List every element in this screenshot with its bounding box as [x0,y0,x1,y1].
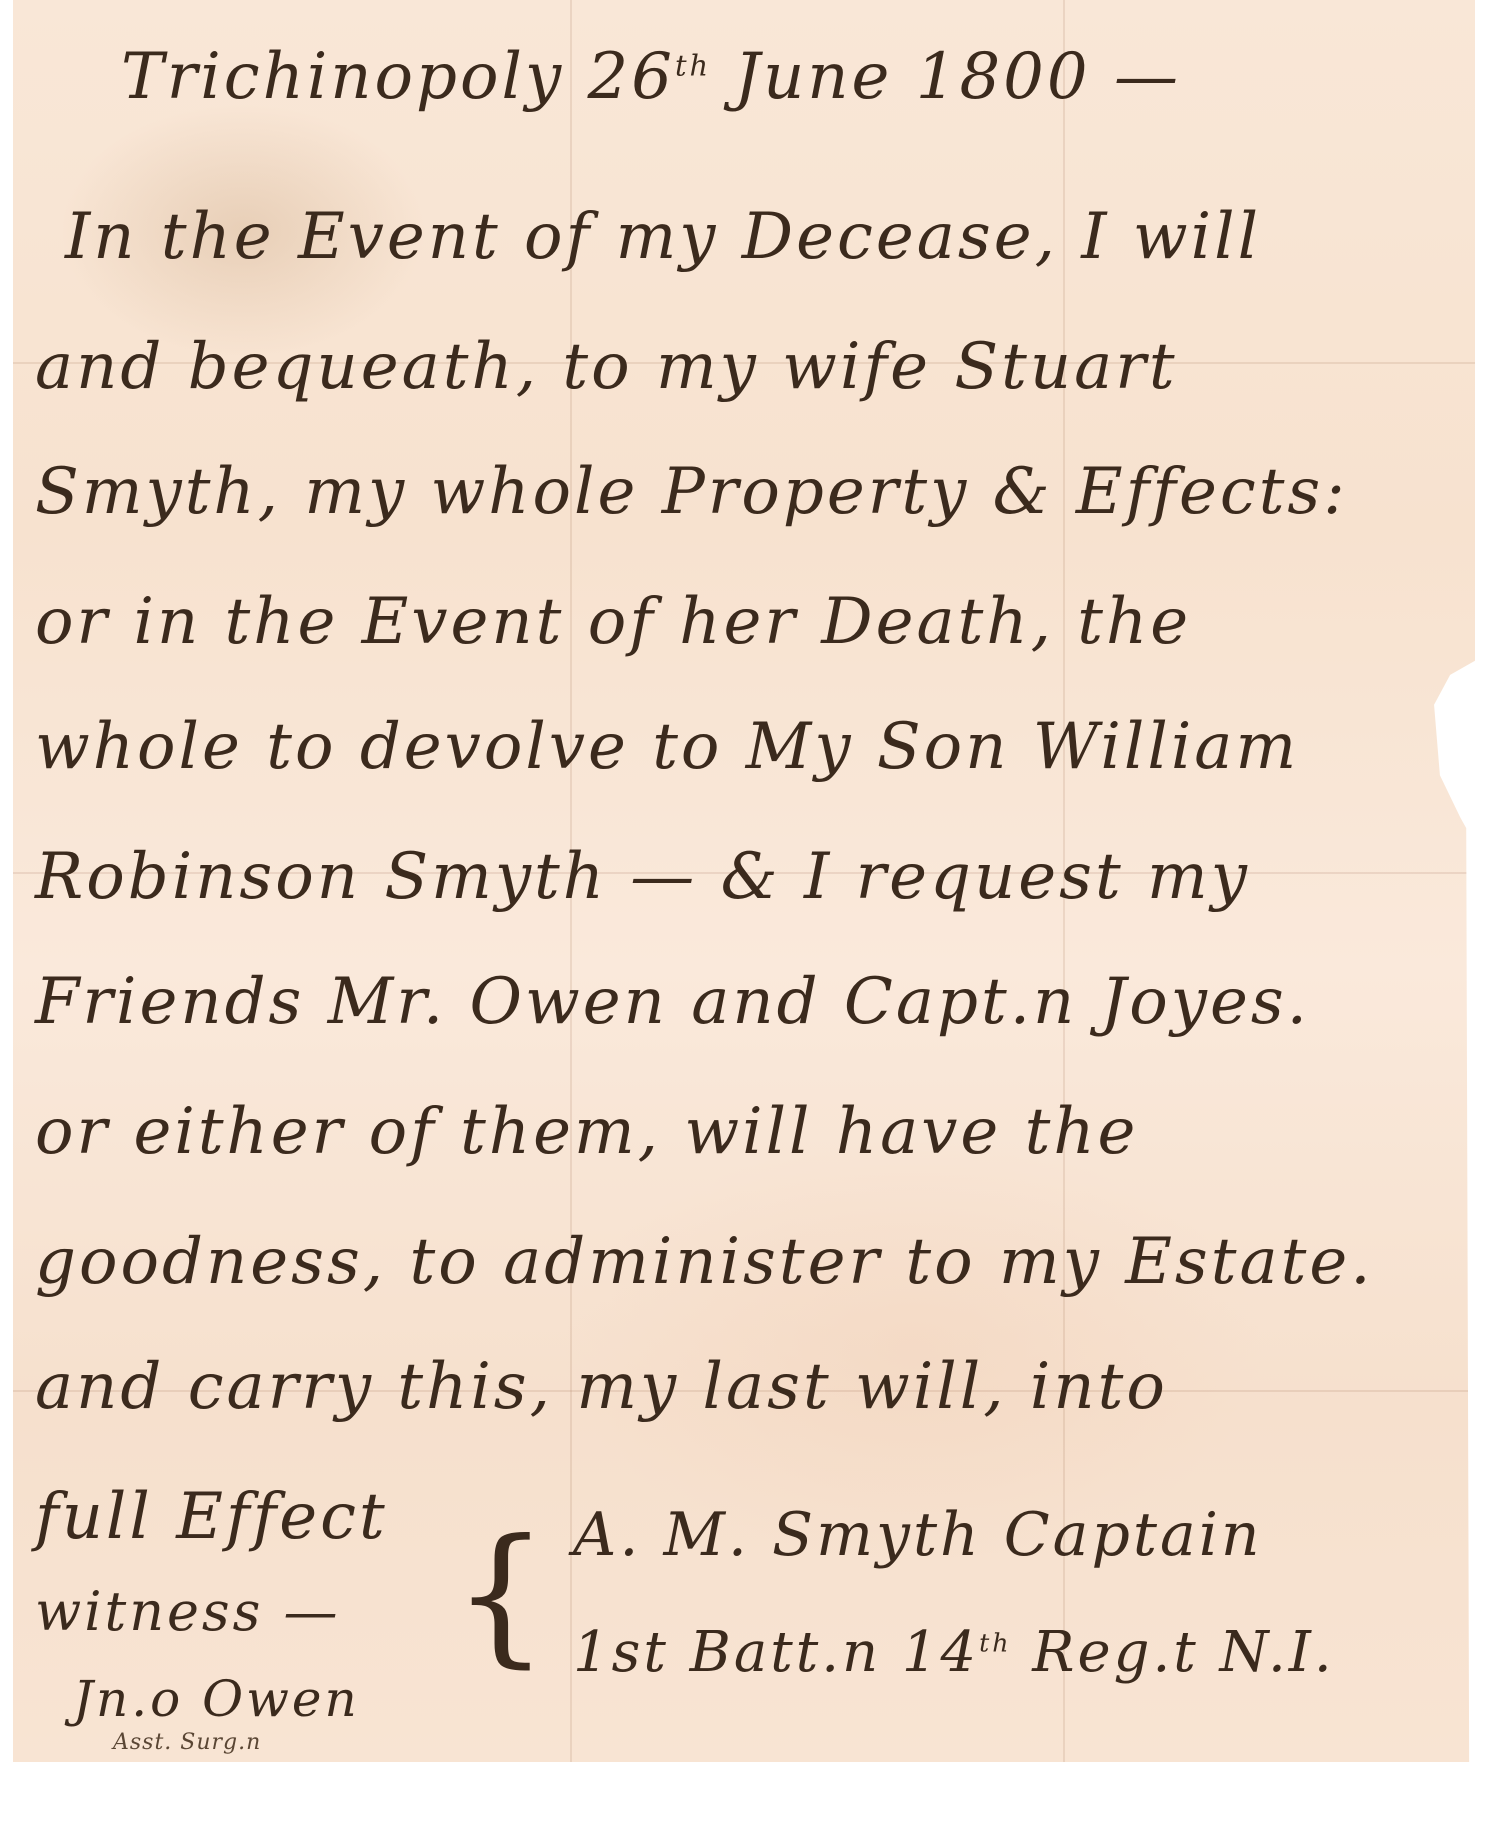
heading-day: 26 [588,40,675,114]
heading-date-line: Trichinopoly 26th June 1800 — [121,40,1181,114]
body-line: Robinson Smyth — & I request my [35,840,1250,914]
witness-title: Asst. Surg.n [113,1730,261,1755]
body-line: and carry this, my last will, into [35,1350,1168,1424]
body-line: or in the Event of her Death, the [35,585,1191,659]
body-line: full Effect [35,1480,388,1554]
body-line: goodness, to administer to my Estate. [35,1225,1374,1299]
body-line: whole to devolve to My Son William [35,710,1299,784]
signature-ordinal: th [979,1628,1011,1657]
body-line: or either of them, will have the [35,1095,1138,1169]
bracket-glyph: { [453,1520,548,1670]
witness-label: witness — [35,1580,341,1643]
body-line: Friends Mr. Owen and Capt.n Joyes. [35,965,1310,1039]
body-line: In the Event of my Decease, I will [65,200,1261,274]
body-line: Smyth, my whole Property & Effects: [35,455,1348,529]
witness-name: Jn.o Owen [73,1670,360,1728]
signature-line-2: 1st Batt.n 14th Reg.t N.I. [573,1620,1335,1685]
paper-sheet: Trichinopoly 26th June 1800 — In the Eve… [13,0,1475,1762]
heading-day-suffix: th [675,49,711,83]
signature-line-1: A. M. Smyth Captain [573,1500,1263,1570]
heading-month-year: June 1800 — [734,40,1181,114]
signature-regiment: Reg.t N.I. [1012,1620,1335,1685]
body-line: and bequeath, to my wife Stuart [35,330,1178,404]
signature-battalion: 1st Batt.n 14 [573,1620,979,1685]
heading-place: Trichinopoly [121,40,564,114]
